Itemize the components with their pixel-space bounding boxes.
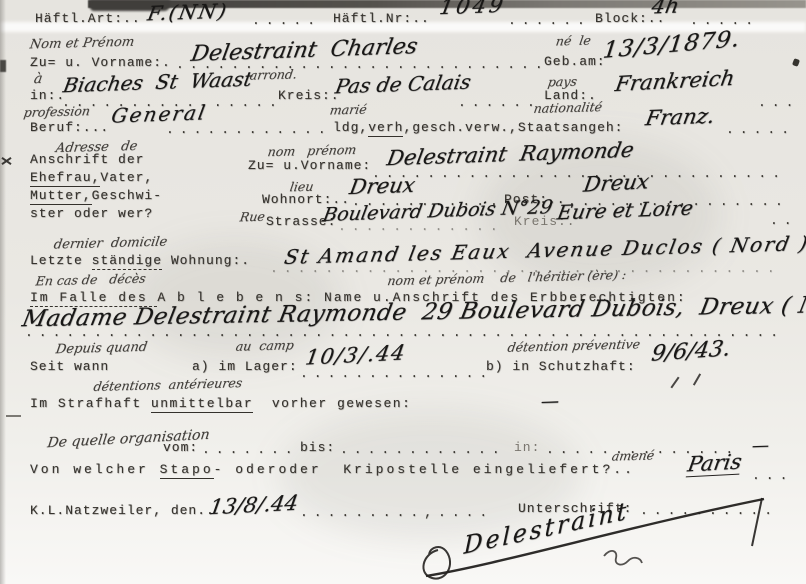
annotation-nom-prenom: nom prénom	[267, 142, 358, 159]
schutzhaft-label: b) in Schutzhaft:	[486, 359, 636, 374]
field-in-value: Biaches St Waast	[61, 67, 254, 98]
seit-wann-label: Seit wann	[30, 359, 109, 374]
annotation-detention-preventive: détention préventive	[507, 336, 642, 354]
vorher-gewesen: vorher gewesen:	[253, 396, 411, 411]
dots-bis: ............	[340, 442, 506, 457]
annotation-en-cas-de-deces: En cas de décès	[35, 271, 147, 289]
annotation-arrond: arrond.	[249, 66, 298, 82]
dots-staatsangeh: .....	[726, 122, 795, 137]
dots-haftl-art: .....	[252, 13, 321, 28]
scanned-form-page: Häftl.Art:.. F.(NN) ..... Häftl.Nr:.. 10…	[0, 0, 806, 584]
familienstand-verh-underlined: verh	[368, 120, 403, 137]
im-lager-label: a) im Lager:	[192, 359, 298, 374]
scan-left-edge-shade	[0, 0, 6, 584]
org-dash: —	[750, 436, 771, 457]
kin-block-line3: Mutter,Geschwi-	[30, 188, 162, 203]
dots-kin-kreis: ..	[770, 213, 798, 228]
im-strafhaft: Im Strafhaft	[30, 396, 151, 411]
familienstand-ldg: ldg,	[333, 120, 368, 135]
bis-label: bis:	[300, 440, 335, 455]
vom-label: vom:	[163, 440, 198, 455]
dots-beruf: ............	[166, 122, 332, 137]
strafhaft-value-dash: —	[539, 391, 561, 413]
wohnung: Wohnung:.	[162, 253, 250, 268]
dots-land: ...	[758, 95, 799, 110]
stapo-label: Von welcher Stapo- oderoder Kripostelle …	[30, 462, 635, 477]
field-land-value: Frankreich	[614, 66, 737, 96]
kripostelle-eingeliefert: - oderoder Kripostelle eingeliefert?..	[214, 462, 635, 477]
field-haftl-art-label: Häftl.Art:..	[35, 11, 141, 26]
annotation-nationalite: nationalité	[533, 99, 604, 116]
dots-kreis: ......	[458, 95, 541, 110]
letzte-wohnung-label: Letzte ständige Wohnung:.	[30, 253, 250, 268]
field-familienstand-label: ldg,verh,gesch.verw.,Staatsangeh:	[333, 120, 623, 135]
von-welcher: Von welcher	[30, 462, 160, 477]
annotation-marie: marié	[329, 102, 368, 118]
footer-date-value: 13/8/.44	[208, 491, 300, 520]
delivery-value: Paris	[686, 450, 744, 478]
pen-tick	[670, 377, 679, 389]
annotation-detentions-anterieures: détentions antérieures	[93, 375, 244, 394]
staendige-underlined: ständige	[92, 253, 162, 270]
dots-vom: .......	[202, 442, 299, 457]
schutzhaft-value: 9/6/43.	[650, 336, 732, 366]
annotation-nom-et-prenom: Nom et Prénom	[29, 35, 136, 53]
stapo-underlined: Stapo	[160, 462, 214, 479]
scan-left-speck	[0, 60, 6, 72]
kin-block-line2: Ehefrau,Vater,	[30, 170, 153, 185]
unmittelbar-underlined: unmittelbar	[151, 396, 253, 413]
kin-vater: Vater,	[100, 170, 153, 185]
dots-delivery: ...	[752, 468, 793, 483]
field-vorname-label: Zu= u. Vorname:.	[30, 55, 171, 70]
field-block-value: 4h	[650, 0, 681, 18]
field-staatsangeh-value: Franz.	[644, 104, 717, 130]
letzte: Letzte	[30, 253, 92, 268]
footer-place-label: K.L.Natzweiler, den..	[30, 503, 215, 518]
field-haftl-art-value: F.(NN)	[146, 0, 231, 25]
kin-vorname-label: Zu= u.Vorname:	[248, 158, 371, 173]
annotation-depuis-quand: Depuis quand	[55, 340, 149, 357]
annotation-dernier-domicile: dernier domicile	[53, 235, 169, 253]
field-beruf-label: Beruf:...	[30, 120, 109, 135]
kin-mutter-underlined: Mutter,	[30, 188, 92, 205]
field-in-label: in:.	[30, 88, 65, 103]
pen-tick	[693, 373, 701, 385]
dots-block: .....	[690, 13, 759, 28]
field-geb-am-label: Geb.am:	[544, 54, 606, 69]
annotation-au-camp: au camp	[235, 337, 295, 354]
margin-dash-mark	[6, 415, 21, 417]
kin-post-value: Dreux	[582, 169, 651, 196]
kin-geschwister: Geschwi-	[92, 188, 162, 203]
field-haftl-nr-label: Häftl.Nr:..	[333, 11, 430, 26]
kin-block-line4: ster oder wer?	[30, 206, 153, 221]
field-kreis-label: Kreis:.	[278, 88, 340, 103]
familienstand-rest: ,gesch.verw.,Staatsangeh:	[403, 120, 623, 135]
kin-kreis-value: Eure et Loire	[555, 196, 695, 225]
kin-wohnort-value: Dreux	[348, 173, 417, 199]
annotation-pays: pays	[547, 74, 578, 90]
field-haftl-nr-value: 1049	[438, 0, 508, 19]
annotation-profession: profession	[23, 103, 91, 120]
annotation-rue: Rue	[239, 209, 266, 225]
annotation-amene: amené	[611, 447, 656, 463]
kin-block-line1: Anschrift der	[30, 152, 144, 167]
kin-ehefrau-underlined: Ehefrau,	[30, 170, 100, 187]
right-edge-speck	[792, 58, 800, 67]
annotation-ne-le: né le	[555, 33, 592, 49]
dots-haftl-nr: ......	[508, 13, 591, 28]
field-kreis-value: Pas de Calais	[333, 70, 472, 99]
in-label: in:	[514, 440, 540, 455]
annotation-a: à	[33, 71, 44, 87]
strafhaft-label: Im Strafhaft unmittelbar vorher gewesen:	[30, 396, 411, 411]
